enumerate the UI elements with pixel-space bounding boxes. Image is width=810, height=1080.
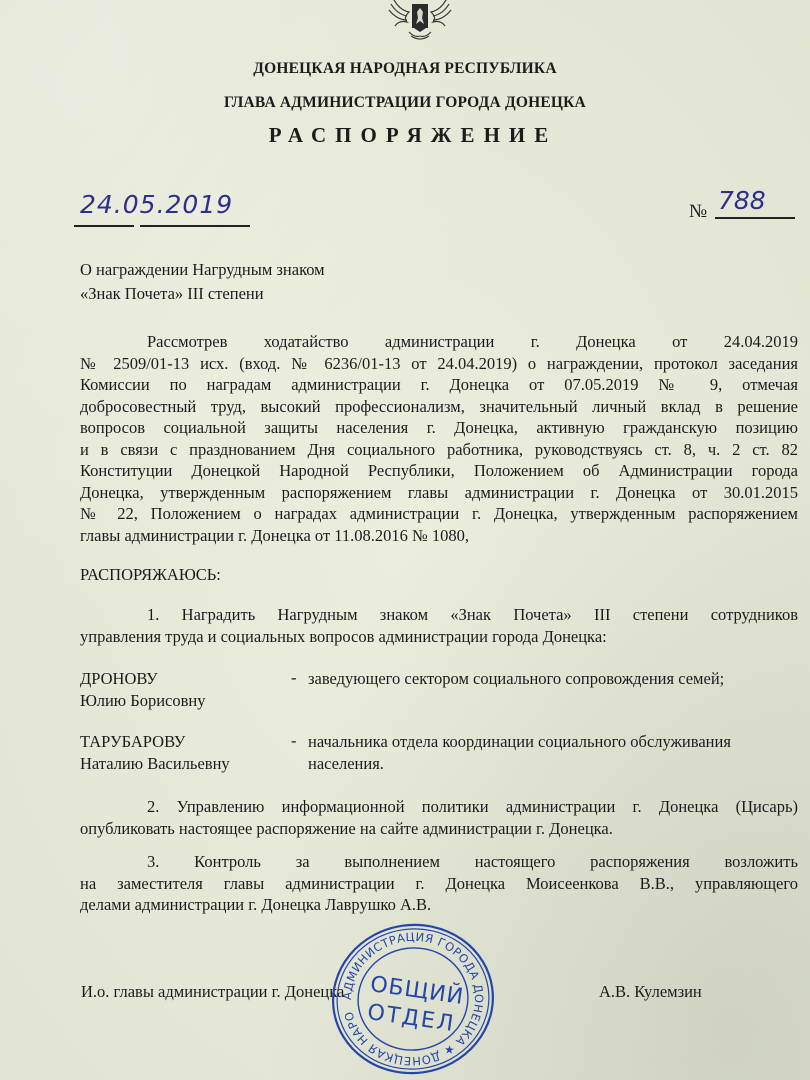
preamble-line: вопросов социальной защиты населения г. …: [80, 417, 798, 439]
awardee-given-names: Наталию Васильевну: [80, 753, 230, 775]
awardee-role: заведующего сектором социального сопрово…: [308, 668, 724, 690]
awardee-2: ТАРУБАРОВУ Наталию Васильевну: [80, 731, 230, 774]
item-line: 1. Наградить Нагрудным знаком «Знак Поче…: [80, 604, 798, 626]
document-number: 788: [718, 186, 766, 215]
awardee-surname: ТАРУБАРОВУ: [80, 731, 230, 753]
preamble-line: и в связи с празднованием Дня социальног…: [80, 439, 798, 461]
date-underline: [74, 225, 134, 227]
item-line: 2. Управлению информационной политики ад…: [80, 796, 798, 818]
order-word: РАСПОРЯЖАЮСЬ:: [80, 565, 221, 585]
awardee-dash: -: [291, 668, 297, 688]
awardee-role: начальника отдела координации социальног…: [308, 731, 731, 774]
document-page: ДОНЕЦКАЯ НАРОДНАЯ РЕСПУБЛИКА ГЛАВА АДМИН…: [0, 0, 810, 1080]
awardee-given-names: Юлию Борисовну: [80, 690, 206, 712]
header-republic: ДОНЕЦКАЯ НАРОДНАЯ РЕСПУБЛИКА: [0, 60, 810, 78]
preamble-line: главы администрации г. Донецка от 11.08.…: [80, 525, 798, 547]
preamble-line: Комиссии по наградам администрации г. До…: [80, 374, 798, 396]
document-date: 24.05.2019: [80, 190, 233, 219]
preamble-line: Донецка, утвержденным распоряжением глав…: [80, 482, 798, 504]
preamble-line: Рассмотрев ходатайство администрации г. …: [80, 331, 798, 353]
item-line: опубликовать настоящее распоряжение на с…: [80, 818, 798, 840]
signatory-name: А.В. Кулемзин: [599, 982, 702, 1002]
coat-of-arms-icon: [385, 0, 455, 42]
preamble-line: № 22, Положением о наградах администраци…: [80, 503, 798, 525]
preamble-line: добросовестный труд, высокий профессиона…: [80, 396, 798, 418]
item-line: управления труда и социальных вопросов а…: [80, 626, 798, 648]
role-line: начальника отдела координации социальног…: [308, 731, 731, 753]
number-underline: [715, 217, 795, 219]
item-line: делами администрации г. Донецка Лаврушко…: [80, 894, 798, 916]
number-label: №: [689, 201, 707, 223]
preamble-line: № 2509/01-13 исх. (вход. № 6236/01-13 от…: [80, 353, 798, 375]
item-line: 3. Контроль за выполнением настоящего ра…: [80, 851, 798, 873]
preamble-paragraph: Рассмотрев ходатайство администрации г. …: [80, 331, 798, 546]
awardee-surname: ДРОНОВУ: [80, 668, 206, 690]
item-line: на заместителя главы администрации г. До…: [80, 873, 798, 895]
document-type-title: РАСПОРЯЖЕНИЕ: [0, 123, 810, 148]
document-subject: О награждении Нагрудным знаком «Знак Поч…: [80, 258, 325, 306]
awardee-1: ДРОНОВУ Юлию Борисовну: [80, 668, 206, 711]
role-line: заведующего сектором социального сопрово…: [308, 668, 724, 690]
subject-line: О награждении Нагрудным знаком: [80, 258, 325, 282]
subject-line: «Знак Почета» III степени: [80, 282, 325, 306]
official-stamp-icon: АДМИНИСТРАЦИЯ ГОРОДА ДОНЕЦКА ★ ДОНЕЦКАЯ …: [328, 923, 498, 1075]
awardee-dash: -: [291, 731, 297, 751]
order-item-1: 1. Наградить Нагрудным знаком «Знак Поче…: [80, 604, 798, 647]
order-item-3: 3. Контроль за выполнением настоящего ра…: [80, 851, 798, 916]
preamble-line: Конституции Донецкой Народной Республики…: [80, 460, 798, 482]
header-authority: ГЛАВА АДМИНИСТРАЦИИ ГОРОДА ДОНЕЦКА: [0, 94, 810, 112]
date-underline: [140, 225, 250, 227]
role-line: населения.: [308, 753, 731, 775]
order-item-2: 2. Управлению информационной политики ад…: [80, 796, 798, 839]
signatory-title: И.о. главы администрации г. Донецка: [81, 982, 344, 1002]
